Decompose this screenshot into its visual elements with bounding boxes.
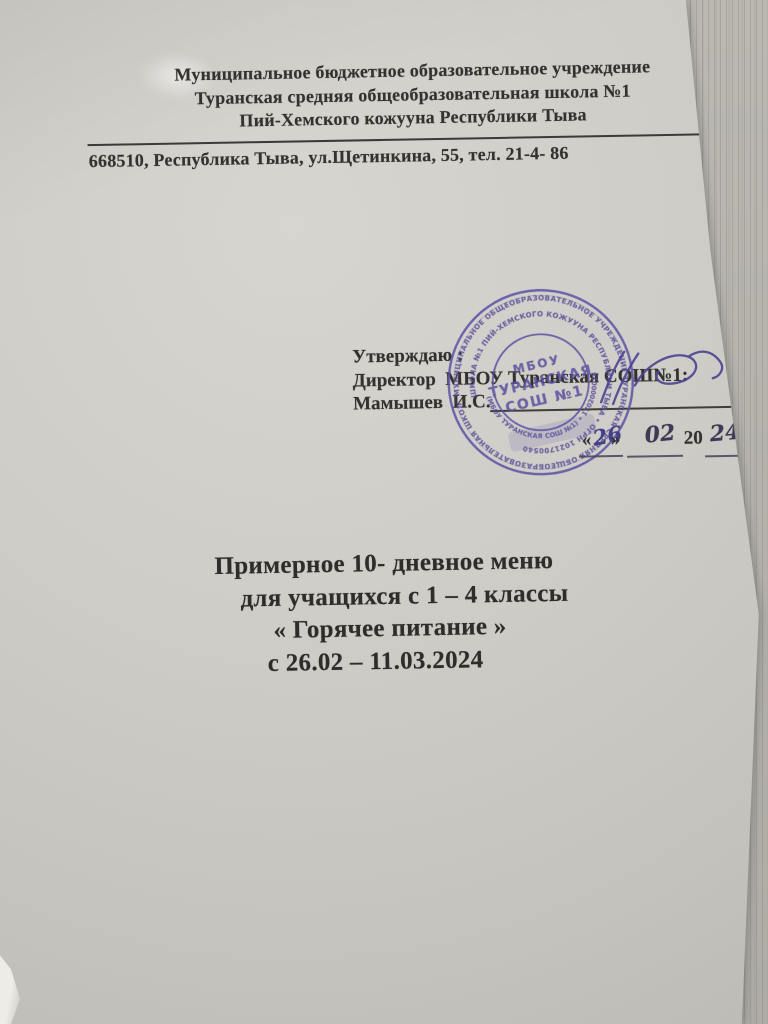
handwritten-year: 24 [709,419,742,448]
printed-year-prefix: 20 [684,427,703,449]
document-content: Муниципальное бюджетное образовательное … [0,0,768,1024]
signature-scribble [572,337,763,415]
doc-header: Муниципальное бюджетное образовательное … [132,55,693,135]
handwritten-year-letter: г [746,435,754,451]
doc-title: Примерное 10- дневное меню для учащихся … [116,543,658,682]
paper-sheet: Муниципальное бюджетное образовательное … [0,0,768,1024]
year-underline [705,455,755,458]
paper-shadow-wrap: Муниципальное бюджетное образовательное … [0,0,768,1024]
header-divider [88,133,708,146]
signature-stroke-1 [600,352,625,402]
date-open-quote: « [582,429,592,451]
handwritten-month: 02 [643,420,676,449]
date-close-quote: » [611,429,621,451]
address-line: 668510, Республика Тыва, ул.Щетинкина, 5… [89,143,569,172]
signature-stroke-3 [634,351,722,385]
month-underline [627,455,683,458]
document-photo: Муниципальное бюджетное образовательное … [0,0,768,1024]
signature-stroke-2 [612,354,639,404]
